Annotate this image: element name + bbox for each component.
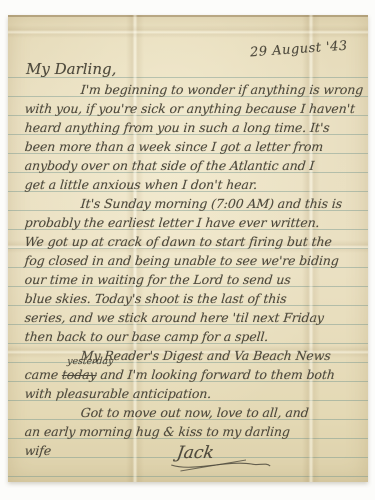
letter-line: fog closed in and being unable to see we… [24, 251, 366, 270]
letter-line: anybody over on that side of the Atlanti… [24, 156, 366, 175]
signature: Jack [174, 443, 289, 477]
letter-text: Got to move out now, love to all, and [80, 405, 309, 420]
fold-crease-horizontal-top [8, 25, 368, 38]
letter-line: blue skies. Today's shoot is the last of… [24, 289, 366, 308]
letter-date: 29 August '43 [250, 39, 349, 61]
letter-text: heard anything from you in such a long t… [24, 120, 330, 135]
letter-line: heard anything from you in such a long t… [24, 118, 366, 137]
letter-text: get a little anxious when I don't hear. [24, 177, 258, 192]
signature-flourish-icon [168, 457, 275, 475]
letter-line: with pleasurable anticipation. [24, 384, 366, 403]
letter-text: fog closed in and being unable to see we… [24, 253, 339, 268]
letter-text: It's Sunday morning (7:00 AM) and this i… [80, 196, 343, 211]
letter-text: anybody over on that side of the Atlanti… [24, 158, 315, 173]
letter-text: our time in waiting for the Lord to send… [24, 272, 291, 287]
letter-lines: I'm beginning to wonder if anything is w… [24, 80, 364, 460]
letter-line: then back to our base camp for a spell. [24, 327, 366, 346]
letter-text: with you, if you're sick or anything bec… [24, 101, 355, 116]
letter-text: probably the earliest letter I have ever… [24, 215, 320, 230]
letter-text: We got up at crack of dawn to start firi… [24, 234, 332, 249]
letter-line: get a little anxious when I don't hear. [24, 175, 366, 194]
letter-text: series, and we stick around here 'til ne… [24, 310, 324, 325]
letter-text: been more than a week since I got a lett… [24, 139, 324, 154]
letter-line: I'm beginning to wonder if anything is w… [24, 80, 366, 99]
letter-line: with you, if you're sick or anything bec… [24, 99, 366, 118]
letter-text: came [24, 367, 62, 382]
letter-text: My Reader's Digest and Va Beach News [80, 348, 331, 363]
letter-text: with pleasurable anticipation. [24, 386, 212, 401]
letter-photo: 29 August '43 My Darling, I'm beginning … [0, 0, 375, 500]
letter-line: been more than a week since I got a lett… [24, 137, 366, 156]
letter-line: It's Sunday morning (7:00 AM) and this i… [24, 194, 366, 213]
letter-paper: 29 August '43 My Darling, I'm beginning … [8, 15, 368, 482]
struck-word: todayyesterday [61, 367, 97, 382]
letter-line: probably the earliest letter I have ever… [24, 213, 366, 232]
inserted-word: yesterday [67, 357, 114, 367]
letter-line: We got up at crack of dawn to start firi… [24, 232, 366, 251]
letter-line: series, and we stick around here 'til ne… [24, 308, 366, 327]
letter-salutation: My Darling, [26, 60, 116, 80]
letter-text: an early morning hug & kiss to my darlin… [24, 424, 290, 439]
letter-line: our time in waiting for the Lord to send… [24, 270, 366, 289]
letter-line: came todayyesterday and I'm looking forw… [24, 365, 366, 384]
letter-text: wife [24, 443, 52, 458]
letter-line: an early morning hug & kiss to my darlin… [24, 422, 366, 441]
letter-text: and I'm looking forward to them both [96, 367, 336, 382]
letter-text: then back to our base camp for a spell. [24, 329, 269, 344]
letter-line: Got to move out now, love to all, and [24, 403, 366, 422]
letter-text: I'm beginning to wonder if anything is w… [80, 82, 364, 97]
letter-text: blue skies. Today's shoot is the last of… [24, 291, 287, 306]
